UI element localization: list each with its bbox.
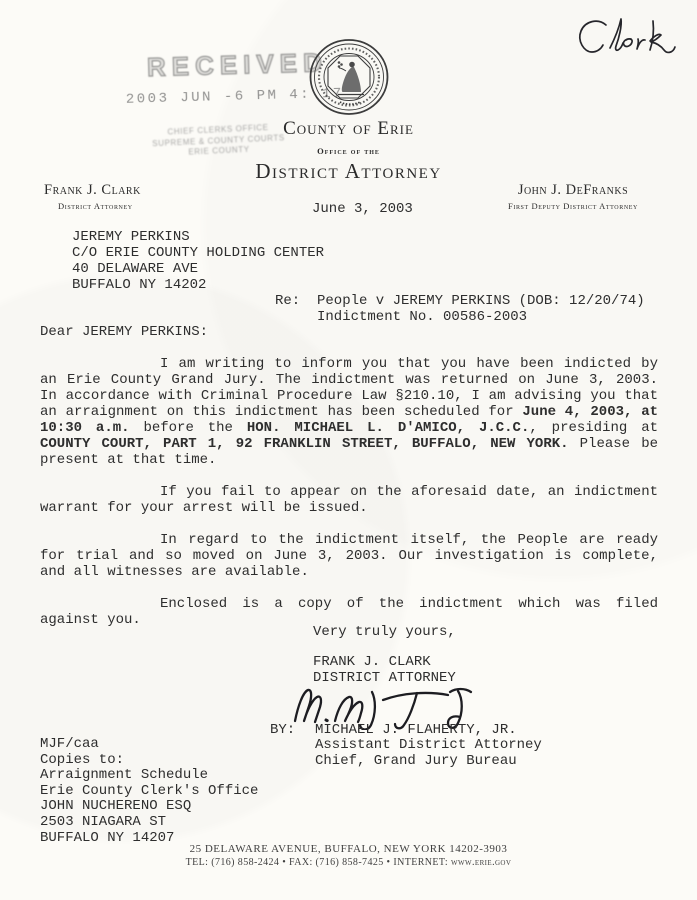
recipient-address: JEREMY PERKINS C/O ERIE COUNTY HOLDING C… — [72, 229, 324, 293]
footer-address: 25 DELAWARE AVENUE, BUFFALO, NEW YORK 14… — [0, 843, 697, 855]
copies-item: Erie County Clerk's Office — [40, 784, 258, 800]
district-attorney-seal-icon — [308, 38, 390, 116]
agent-name: MICHAEL J. FLAHERTY, JR. — [315, 722, 517, 738]
recipient-line: JEREMY PERKINS — [72, 229, 324, 245]
letterhead: County of Erie Office of the District At… — [0, 118, 697, 184]
valediction: Very truly yours, — [313, 624, 456, 640]
re-block: Re: People v JEREMY PERKINS (DOB: 12/20/… — [275, 293, 645, 325]
re-indictment-line: Indictment No. 00586-2003 — [317, 309, 645, 325]
copies-item: Arraignment Schedule — [40, 768, 258, 784]
da-title: District Attorney — [58, 201, 141, 211]
received-stamp-datetime: 2003 JUN -6 PM 4: 17 — [126, 86, 326, 108]
copies-item: JOHN NUCHERENO ESQ — [40, 799, 258, 815]
recipient-line: 40 DELAWARE AVE — [72, 261, 324, 277]
re-label: Re: — [275, 293, 317, 325]
copies-block: MJF/caa Copies to: Arraignment Schedule … — [40, 737, 258, 846]
letter-body: Dear JEREMY PERKINS: I am writing to inf… — [40, 324, 658, 628]
by-label: BY: — [270, 722, 315, 738]
letter-paragraph: If you fail to appear on the aforesaid d… — [40, 484, 658, 516]
letterhead-footer: 25 DELAWARE AVENUE, BUFFALO, NEW YORK 14… — [0, 843, 697, 868]
letter-date: June 3, 2003 — [312, 201, 413, 217]
recipient-line: C/O ERIE COUNTY HOLDING CENTER — [72, 245, 324, 261]
deputy-name: John J. DeFranks — [484, 182, 662, 199]
letterhead-deputy-block: John J. DeFranks First Deputy District A… — [484, 182, 662, 211]
handwritten-clerk-note — [570, 12, 690, 66]
recipient-line: BUFFALO NY 14202 — [72, 277, 324, 293]
letter-paragraph: I am writing to inform you that you have… — [40, 356, 658, 468]
re-case-line: People v JEREMY PERKINS (DOB: 12/20/74) — [317, 293, 645, 309]
agent-title-1: Assistant District Attorney — [315, 738, 542, 754]
re-lines: People v JEREMY PERKINS (DOB: 12/20/74) … — [317, 293, 645, 325]
signer-name: FRANK J. CLARK — [313, 654, 456, 670]
copies-item: 2503 NIAGARA ST — [40, 815, 258, 831]
reference-initials: MJF/caa — [40, 737, 258, 753]
copies-label: Copies to: — [40, 753, 258, 769]
deputy-title: First Deputy District Attorney — [484, 201, 662, 211]
received-stamp-title: RECEIVED — [147, 47, 326, 83]
clerk-handwriting-icon — [570, 12, 690, 64]
letterhead-county: County of Erie — [0, 118, 697, 140]
letterhead-office-of-the: Office of the — [0, 146, 697, 156]
letter-paragraphs: I am writing to inform you that you have… — [40, 356, 658, 628]
letterhead-department: District Attorney — [0, 159, 697, 184]
by-line: BY: MICHAEL J. FLAHERTY, JR. — [270, 722, 517, 738]
agent-titles: Assistant District Attorney Chief, Grand… — [315, 738, 542, 769]
letter-paragraph: In regard to the indictment itself, the … — [40, 532, 658, 580]
salutation: Dear JEREMY PERKINS: — [40, 324, 658, 340]
da-name: Frank J. Clark — [44, 182, 141, 199]
agent-title-2: Chief, Grand Jury Bureau — [315, 754, 542, 770]
footer-contact: TEL: (716) 858-2424 • FAX: (716) 858-742… — [0, 857, 697, 868]
letterhead-da-block: Frank J. Clark District Attorney — [44, 182, 141, 211]
scanned-letter-page: RECEIVED 2003 JUN -6 PM 4: 17 CHIEF CLER… — [0, 0, 697, 900]
